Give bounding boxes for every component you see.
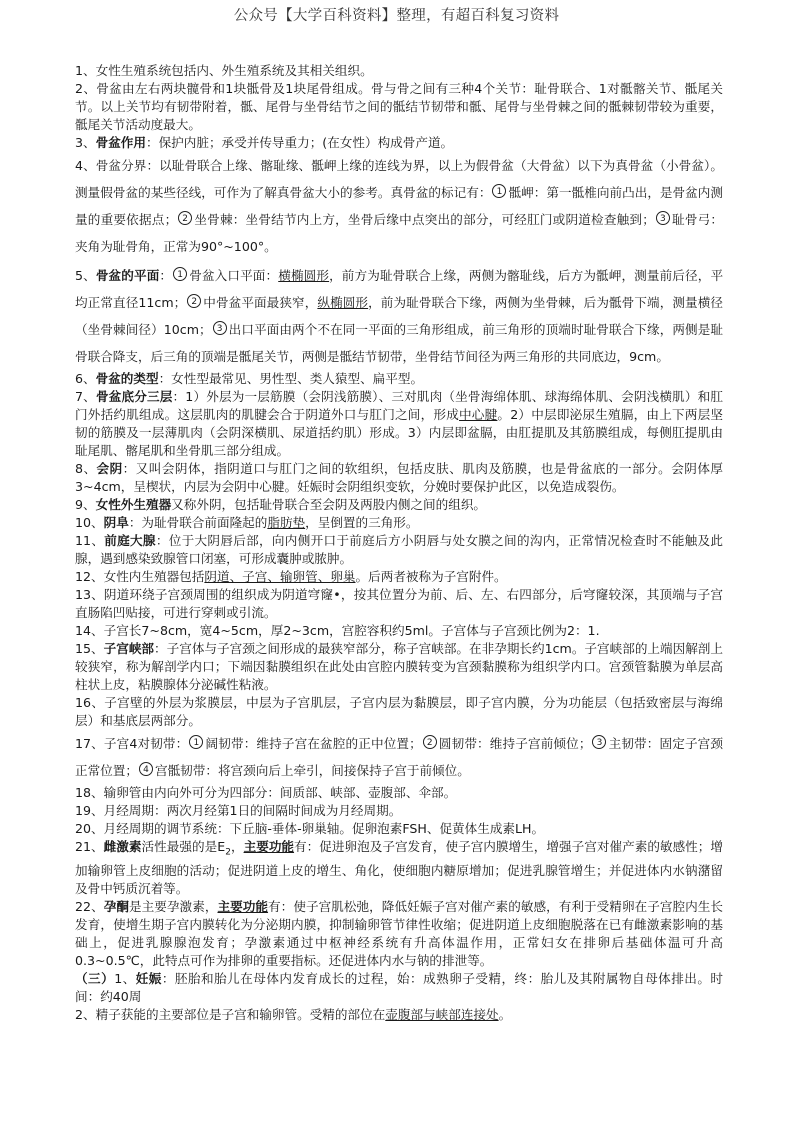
paragraph-text: 中骨盆平面最狭窄， xyxy=(203,295,317,310)
term-bold: 骨盆底分三层 xyxy=(96,389,173,404)
circled-number-3-icon: 3 xyxy=(592,735,606,749)
paragraph-21: 21、雌激素活性最强的是E2，主要功能有：促进卵泡及子宫发育，使子宫内膜增生，增… xyxy=(75,838,723,898)
term-bold-underlined: 主要功能 xyxy=(244,839,294,854)
paragraph-8: 8、会阴：又叫会阴体，指阴道口与肛门之间的软组织，包括皮肤、肌肉及筋膜，也是骨盆… xyxy=(75,460,723,496)
paragraph-4: 4、骨盆分界：以耻骨联合上缘、髂耻缘、骶岬上缘的连线为界，以上为假骨盆（大骨盆）… xyxy=(75,152,723,260)
page-header: 公众号【大学百科资料】整理，有超百科复习资料 xyxy=(0,4,793,25)
paragraph-text: ：位于大阴唇后部，向内侧开口于前庭后方小阴唇与处女膜之间的沟内，正常情况检查时不… xyxy=(75,533,723,566)
item-number: 9、 xyxy=(75,497,96,512)
paragraph-16: 16、子宫壁的外层为浆膜层，中层为子宫肌层，子宫内层为黏膜层，即子宫内膜，分为功… xyxy=(75,694,723,730)
term-bold: 骨盆的平面 xyxy=(96,268,160,283)
item-number: 6、 xyxy=(75,371,96,386)
item-number: 3、 xyxy=(75,135,96,150)
paragraph-text: ：子宫体与子宫颈之间形成的最狭窄部分，称子宫峡部。在非孕期长约1cm。子宫峡部的… xyxy=(75,641,723,692)
circled-number-2-icon: 2 xyxy=(187,294,201,308)
item-number: 7、 xyxy=(75,389,96,404)
item-number: 22、 xyxy=(75,899,104,914)
item-number: 1、 xyxy=(114,971,136,986)
term-bold: 会阴 xyxy=(97,461,123,476)
item-number: 21、 xyxy=(75,839,104,854)
paragraph-text: 骨盆入口平面： xyxy=(189,268,278,283)
paragraph-text: 宫骶韧带：将宫颈向后上牵引，间接保持子宫于前倾位。 xyxy=(155,763,470,778)
paragraph-text: 又称外阴，包括耻骨联合至会阴及两股内侧之间的组织。 xyxy=(171,497,486,512)
paragraph-19: 19、月经周期：两次月经第1日的间隔时间成为月经周期。 xyxy=(75,802,723,820)
underlined-term: 脂肪垫 xyxy=(267,515,305,530)
paragraph-text: 12、女性内生殖器包括 xyxy=(75,569,204,584)
paragraph-text: ：又叫会阴体，指阴道口与肛门之间的软组织，包括皮肤、肌肉及筋膜，也是骨盆底的一部… xyxy=(75,461,723,494)
term-bold: 骨盆作用 xyxy=(96,135,146,150)
paragraph-text: ：为耻骨联合前面隆起的 xyxy=(129,515,268,530)
paragraph-24: 2、精子获能的主要部位是子宫和输卵管。受精的部位在壶腹部与峡部连接处。 xyxy=(75,1006,723,1024)
circled-number-2-icon: 2 xyxy=(178,211,192,225)
paragraph-9: 9、女性外生殖器又称外阴，包括耻骨联合至会阴及两股内侧之间的组织。 xyxy=(75,496,723,514)
paragraph-20: 20、月经周期的调节系统：下丘脑-垂体-卵巢轴。促卵泡素FSH、促黄体生成素LH… xyxy=(75,820,723,838)
paragraph-13: 13、阴道环绕子宫颈周围的组织成为阴道穹窿•，按其位置分为前、后、左、右四部分，… xyxy=(75,586,723,622)
paragraph-6: 6、骨盆的类型：女性型最常见、男性型、类人猿型、扁平型。 xyxy=(75,370,723,388)
paragraph-text: 。后两者被称为子宫附件。 xyxy=(356,569,507,584)
term-bold: 骨盆的类型 xyxy=(96,371,159,386)
paragraph-text: ：胚胎和胎儿在母体内发育成长的过程，始：成熟卵子受精，终：胎儿及其附属物自母体排… xyxy=(75,971,723,1004)
paragraph-3: 3、骨盆作用：保护内脏；承受并传导重力；(在女性）构成骨产道。 xyxy=(75,134,723,152)
term-bold: 妊娠 xyxy=(136,971,162,986)
paragraph-2: 2、骨盆由左右两块髋骨和1块骶骨及1块尾骨组成。骨与骨之间有三种4个关节：耻骨联… xyxy=(75,80,723,134)
paragraph-5: 5、骨盆的平面：1骨盆入口平面：横椭圆形，前方为耻骨联合上缘，两侧为髂耻线，后方… xyxy=(75,262,723,370)
item-number: 11、 xyxy=(75,533,104,548)
paragraph-14: 14、子宫长7~8cm，宽4~5cm，厚2~3cm，宫腔容积约5ml。子宫体与子… xyxy=(75,622,723,640)
underlined-term: 横椭圆形 xyxy=(278,268,329,283)
paragraph-text: ，呈倒置的三角形。 xyxy=(305,515,418,530)
circled-number-3-icon: 3 xyxy=(656,211,670,225)
circled-number-4-icon: 4 xyxy=(139,762,153,776)
item-number: 8、 xyxy=(75,461,97,476)
paragraph-text: 坐骨棘：坐骨结节内上方，坐骨后缘中点突出的部分，可经肛门或阴道检查触到； xyxy=(194,212,655,227)
paragraph-text: 活性最强的是E xyxy=(142,839,226,854)
term-bold: 雌激素 xyxy=(104,839,142,854)
paragraph-text: 是主要孕激素， xyxy=(129,899,217,914)
term-bold: 女性外生殖器 xyxy=(96,497,172,512)
paragraph-1: 1、女性生殖系统包括内、外生殖系统及其相关组织。 xyxy=(75,62,723,80)
term-bold: 孕酮 xyxy=(104,899,129,914)
circled-number-2-icon: 2 xyxy=(423,735,437,749)
paragraph-15: 15、子宫峡部：子宫体与子宫颈之间形成的最狭窄部分，称子宫峡部。在非孕期长约1c… xyxy=(75,640,723,694)
paragraph-text: ：女性型最常见、男性型、类人猿型、扁平型。 xyxy=(159,371,423,386)
paragraph-text: 。 xyxy=(499,1007,512,1022)
paragraph-11: 11、前庭大腺：位于大阴唇后部，向内侧开口于前庭后方小阴唇与处女膜之间的沟内，正… xyxy=(75,532,723,568)
term-bold: 子宫峡部 xyxy=(104,641,154,656)
item-number: 5、 xyxy=(75,268,96,283)
term-bold-underlined: 主要功能 xyxy=(217,899,268,914)
paragraph-18: 18、输卵管由内向外可分为四部分：间质部、峡部、壶腹部、伞部。 xyxy=(75,784,723,802)
paragraph-text: 17、子宫4对韧带： xyxy=(75,736,188,751)
paragraph-text: 2、精子获能的主要部位是子宫和输卵管。受精的部位在 xyxy=(75,1007,385,1022)
circled-number-3-icon: 3 xyxy=(213,321,227,335)
circled-number-1-icon: 1 xyxy=(189,735,203,749)
section-marker: （三） xyxy=(75,971,114,986)
underlined-term: 阴道、子宫、输卵管、卵巢 xyxy=(204,569,355,584)
paragraph-17: 17、子宫4对韧带：1阔韧带：维持子宫在盆腔的正中位置；2圆韧带：维持子宫前倾位… xyxy=(75,730,723,784)
paragraph-text: ： xyxy=(159,268,172,283)
paragraph-12: 12、女性内生殖器包括阴道、子宫、输卵管、卵巢。后两者被称为子宫附件。 xyxy=(75,568,723,586)
paragraph-text: 圆韧带：维持子宫前倾位； xyxy=(439,736,592,751)
underlined-term: 纵椭圆形 xyxy=(317,295,368,310)
circled-number-1-icon: 1 xyxy=(492,184,506,198)
item-number: 10、 xyxy=(75,515,104,530)
paragraph-23: （三）1、妊娠：胚胎和胎儿在母体内发育成长的过程，始：成熟卵子受精，终：胎儿及其… xyxy=(75,970,723,1006)
paragraph-text: ， xyxy=(231,839,244,854)
paragraph-text: ：保护内脏；承受并传导重力；(在女性）构成骨产道。 xyxy=(146,135,453,150)
document-body: 1、女性生殖系统包括内、外生殖系统及其相关组织。 2、骨盆由左右两块髋骨和1块骶… xyxy=(75,62,723,1024)
paragraph-text: 阔韧带：维持子宫在盆腔的正中位置； xyxy=(205,736,421,751)
circled-number-1-icon: 1 xyxy=(173,267,187,281)
item-number: 15、 xyxy=(75,641,104,656)
paragraph-22: 22、孕酮是主要孕激素，主要功能有：使子宫肌松弛，降低妊娠子宫对催产素的敏感，有… xyxy=(75,898,723,970)
paragraph-7: 7、骨盆底分三层：1）外层为一层筋膜（会阴浅筋膜）、三对肌肉（坐骨海绵体肌、球海… xyxy=(75,388,723,460)
term-bold: 前庭大腺 xyxy=(104,533,156,548)
term-bold: 阴阜 xyxy=(104,515,129,530)
underlined-term: 中心腱 xyxy=(459,407,497,422)
underlined-term: 壶腹部与峡部连接处 xyxy=(385,1007,498,1022)
paragraph-10: 10、阴阜：为耻骨联合前面隆起的脂肪垫，呈倒置的三角形。 xyxy=(75,514,723,532)
